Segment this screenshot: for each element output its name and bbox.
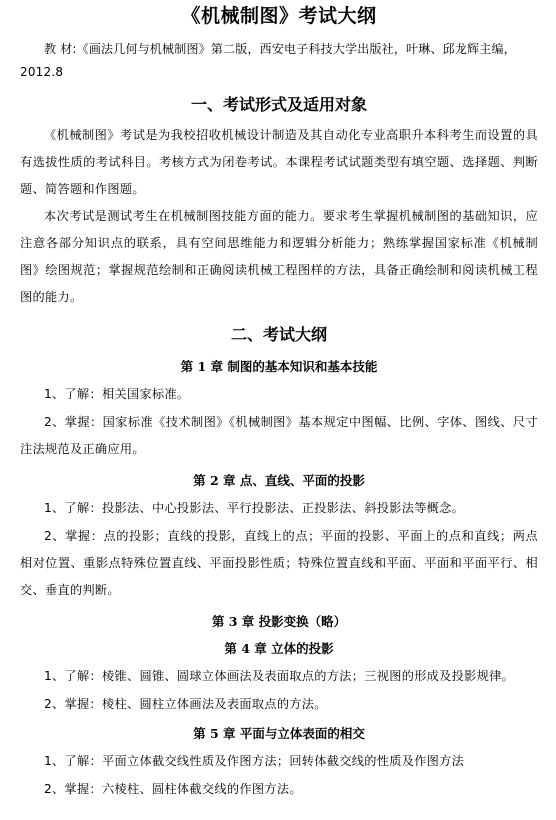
chapter-2-title: 第 2 章 点、直线、平面的投影 (20, 472, 538, 490)
section-heading-exam-outline: 二、考试大纲 (20, 324, 538, 346)
paragraph-exam-description: 《机械制图》考试是为我校招收机械设计制造及其自动化专业高职升本科考生而设置的具有… (20, 122, 538, 203)
chapter-1-item-2: 2、掌握：国家标准《技术制图》《机械制图》基本规定中图幅、比例、字体、图线、尺寸… (20, 409, 538, 463)
chapter-4-item-1: 1、了解：棱锥、圆锥、圆球立体画法及表面取点的方法；三视图的形成及投影规律。 (20, 663, 538, 690)
chapter-2-item-1: 1、了解：投影法、中心投影法、平行投影法、正投影法、斜投影法等概念。 (20, 495, 538, 522)
chapter-1-item-1: 1、了解：相关国家标准。 (20, 381, 538, 408)
chapter-3-title: 第 3 章 投影变换（略） (20, 613, 538, 631)
chapter-5-title: 第 5 章 平面与立体表面的相交 (20, 725, 538, 743)
chapter-5-item-1: 1、了解：平面立体截交线性质及作图方法；回转体截交线的性质及作图方法 (20, 748, 538, 775)
chapter-4-title: 第 4 章 立体的投影 (20, 640, 538, 658)
chapter-2-item-2: 2、掌握：点的投影；直线的投影，直线上的点；平面的投影、平面上的点和直线；两点相… (20, 523, 538, 604)
textbook-reference: 教 材:《画法几何与机械制图》第二版，西安电子科技大学出版社，叶琳、邱龙辉主编，… (20, 38, 538, 84)
chapter-1-title: 第 1 章 制图的基本知识和基本技能 (20, 358, 538, 376)
document-title: 《机械制图》考试大纲 (20, 4, 538, 28)
section-heading-exam-format: 一、考试形式及适用对象 (20, 94, 538, 116)
chapter-4-item-2: 2、掌握：棱柱、圆柱立体画法及表面取点的方法。 (20, 691, 538, 718)
paragraph-exam-requirements: 本次考试是测试考生在机械制图技能方面的能力。要求考生掌握机械制图的基础知识，应注… (20, 203, 538, 311)
chapter-5-item-2: 2、掌握：六棱柱、圆柱体截交线的作图方法。 (20, 776, 538, 803)
